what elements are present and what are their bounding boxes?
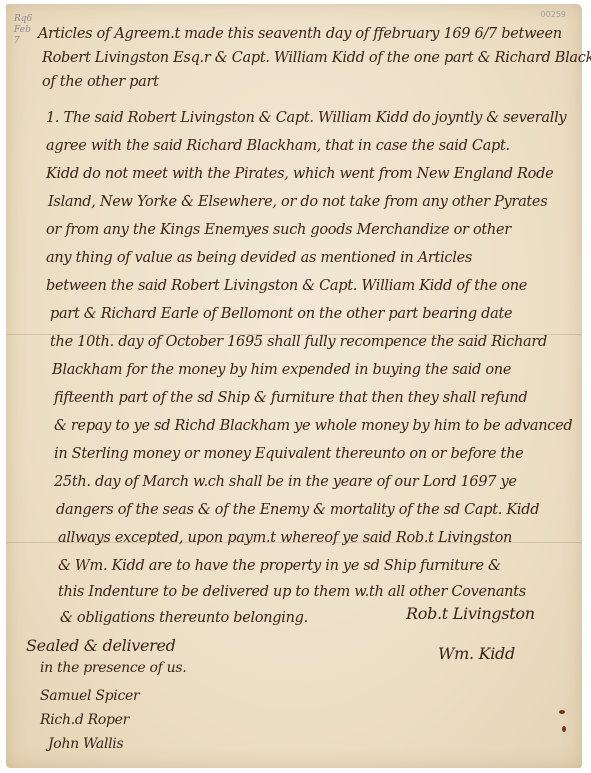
heading-line: of the other part [42, 74, 159, 90]
witness-signature: John Wallis [48, 736, 123, 752]
body-line: between the said Robert Livingston & Cap… [46, 278, 527, 294]
body-line: this Indenture to be delivered up to the… [58, 584, 526, 600]
witness-signature: Rich.d Roper [40, 712, 129, 728]
heading-line: Robert Livingston Esq.r & Capt. William … [42, 50, 591, 66]
body-line: fifteenth part of the sd Ship & furnitur… [54, 390, 527, 406]
body-line: & Wm. Kidd are to have the property in y… [58, 558, 501, 574]
manuscript-page: Rq6 Feb 7 00259 Articles of Agreem.t mad… [6, 4, 582, 768]
body-line: Blackham for the money by him expended i… [52, 362, 511, 378]
body-line: & repay to ye sd Richd Blackham ye whole… [54, 418, 572, 434]
body-line: the 10th. day of October 1695 shall full… [50, 334, 547, 350]
archive-reference-number: 00259 [541, 10, 566, 19]
body-line: agree with the said Richard Blackham, th… [46, 138, 510, 154]
body-line: dangers of the seas & of the Enemy & mor… [56, 502, 539, 518]
body-line: Kidd do not meet with the Pirates, which… [46, 166, 553, 182]
body-line: or from any the Kings Enemyes such goods… [46, 222, 511, 238]
heading-line: Articles of Agreem.t made this seaventh … [38, 26, 562, 42]
margin-note-line: Rq6 [14, 14, 32, 25]
body-line: & obligations thereunto belonging. [60, 610, 308, 626]
witness-heading: in the presence of us. [40, 660, 186, 676]
margin-note-line: 7 [14, 36, 32, 47]
ink-stain [559, 710, 565, 714]
signature-kidd: Wm. Kidd [438, 644, 515, 663]
body-line: 1. The said Robert Livingston & Capt. Wi… [46, 110, 566, 126]
body-line: allways excepted, upon paym.t whereof ye… [58, 530, 512, 546]
margin-note-line: Feb [14, 25, 32, 36]
body-line: in Sterling money or money Equivalent th… [54, 446, 523, 462]
witness-signature: Samuel Spicer [40, 688, 139, 704]
ink-stain [562, 726, 566, 732]
body-line: any thing of value as being devided as m… [46, 250, 472, 266]
body-line: Island, New Yorke & Elsewhere, or do not… [48, 194, 547, 210]
witness-heading: Sealed & delivered [26, 636, 176, 655]
signature-livingston: Rob.t Livingston [406, 604, 535, 623]
margin-note: Rq6 Feb 7 [14, 14, 32, 47]
body-line: 25th. day of March w.ch shall be in the … [54, 474, 517, 490]
body-line: part & Richard Earle of Bellomont on the… [50, 306, 512, 322]
